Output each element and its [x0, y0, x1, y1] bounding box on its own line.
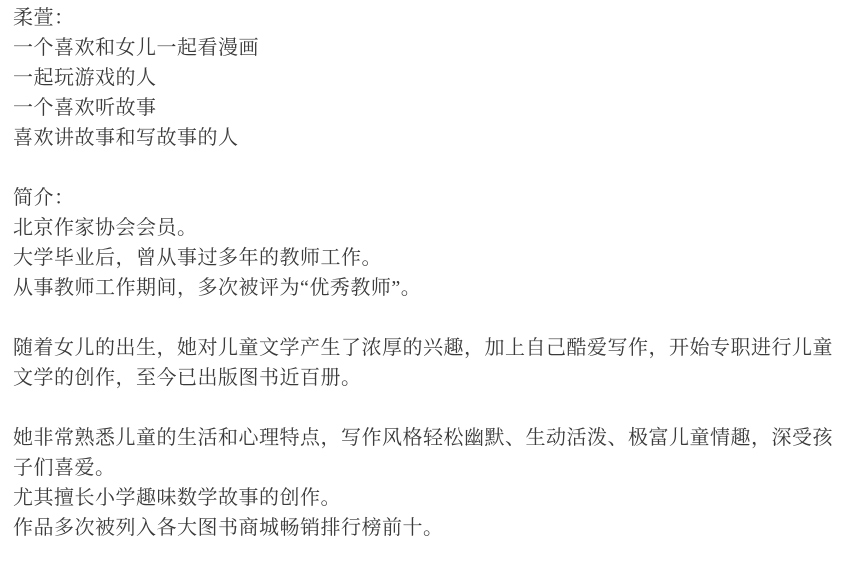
section-profile: 简介： 北京作家协会会员。 大学毕业后，曾从事过多年的教师工作。 从事教师工作期…	[13, 183, 841, 303]
text-line: 她非常熟悉儿童的生活和心理特点，写作风格轻松幽默、生动活泼、极富儿童情趣，深受孩	[13, 423, 841, 453]
text-line: 一个喜欢听故事	[13, 93, 841, 123]
author-name-heading: 柔萱：	[13, 3, 841, 33]
text-line: 北京作家协会会员。	[13, 213, 841, 243]
text-line: 文学的创作，至今已出版图书近百册。	[13, 363, 841, 393]
text-line: 一个喜欢和女儿一起看漫画	[13, 33, 841, 63]
text-line: 随着女儿的出生，她对儿童文学产生了浓厚的兴趣，加上自己酷爱写作，开始专职进行儿童	[13, 333, 841, 363]
section-career: 随着女儿的出生，她对儿童文学产生了浓厚的兴趣，加上自己酷爱写作，开始专职进行儿童…	[13, 333, 841, 393]
text-line: 从事教师工作期间，多次被评为“优秀教师”。	[13, 273, 841, 303]
profile-heading: 简介：	[13, 183, 841, 213]
article-body: 柔萱： 一个喜欢和女儿一起看漫画 一起玩游戏的人 一个喜欢听故事 喜欢讲故事和写…	[0, 0, 855, 543]
text-line: 大学毕业后，曾从事过多年的教师工作。	[13, 243, 841, 273]
text-line: 子们喜爱。	[13, 453, 841, 483]
text-line: 一起玩游戏的人	[13, 63, 841, 93]
section-writing-style: 她非常熟悉儿童的生活和心理特点，写作风格轻松幽默、生动活泼、极富儿童情趣，深受孩…	[13, 423, 841, 543]
section-author-tags: 柔萱： 一个喜欢和女儿一起看漫画 一起玩游戏的人 一个喜欢听故事 喜欢讲故事和写…	[13, 3, 841, 153]
text-line: 尤其擅长小学趣味数学故事的创作。	[13, 483, 841, 513]
text-line: 作品多次被列入各大图书商城畅销排行榜前十。	[13, 513, 841, 543]
text-line: 喜欢讲故事和写故事的人	[13, 123, 841, 153]
